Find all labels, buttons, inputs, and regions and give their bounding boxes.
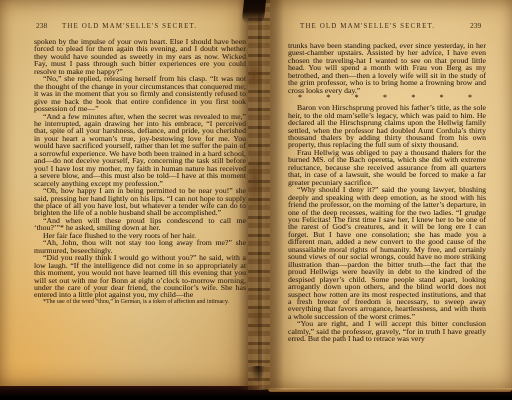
book-photo: 238 THE OLD MAM'SELLE'S SECRET. THE OLD …	[0, 0, 512, 400]
asterisk: *	[326, 94, 330, 102]
binding-stain	[246, 150, 264, 210]
left-page-text: spoken by the impulse of your own heart.…	[34, 38, 246, 305]
body-paragraph: Baron von Hirschsprung proved his father…	[288, 104, 486, 149]
body-paragraph: “No,” she replied, releasing herself fro…	[34, 75, 246, 112]
binding-stain	[244, 58, 264, 92]
right-running-title: THE OLD MAM'SELLE'S SECRET.	[300, 22, 435, 30]
body-paragraph: “Did you really think I would go without…	[34, 254, 246, 299]
right-page-text: trunks have been standing packed, ever s…	[288, 42, 486, 343]
body-paragraph: Frau Hellwig was obliged to pay a thousa…	[288, 149, 486, 186]
right-page-stacked-edges	[268, 388, 512, 392]
left-page-number: 238	[36, 21, 47, 30]
asterisk: *	[468, 94, 472, 102]
body-paragraph: “Oh, how happy I am in being permitted t…	[34, 187, 246, 217]
body-paragraph: “Why should I deny it?” said the young l…	[288, 186, 486, 320]
body-paragraph: “Ah, John, thou wilt not stay too long a…	[34, 239, 246, 254]
spine-bottom-notch	[251, 366, 265, 382]
asterisk: *	[411, 94, 415, 102]
binding-stain	[250, 300, 266, 340]
footnote: *The use of the word “thou,” in German, …	[34, 299, 246, 305]
body-paragraph: “You are right, and I will accept this b…	[288, 320, 486, 342]
left-running-title: THE OLD MAM'SELLE'S SECRET.	[62, 22, 197, 30]
asterisk: *	[298, 94, 302, 102]
body-paragraph: “And a few minutes after, when the secre…	[34, 113, 246, 188]
asterisk: *	[383, 94, 387, 102]
right-page-number: 239	[470, 21, 481, 30]
asterisk: *	[355, 94, 359, 102]
body-paragraph: spoken by the impulse of your own heart.…	[34, 38, 246, 75]
body-paragraph: trunks have been standing packed, ever s…	[288, 42, 486, 94]
asterisk: *	[440, 94, 444, 102]
body-paragraph: “And when will these proud lips condesce…	[34, 217, 246, 232]
